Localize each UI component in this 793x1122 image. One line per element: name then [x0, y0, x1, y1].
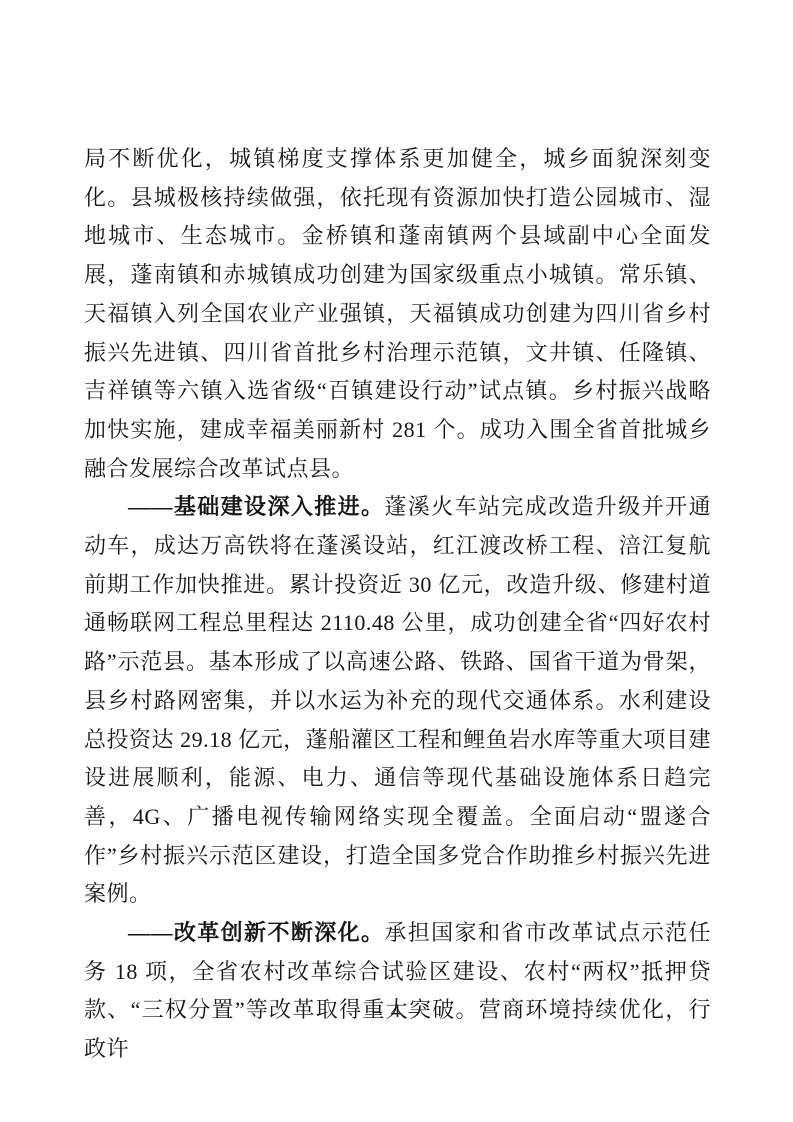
document-body: 局不断优化，城镇梯度支撑体系更加健全，城乡面貌深刻变化。县城极核持续做强，依托现…: [84, 140, 711, 1069]
body-paragraph-infrastructure: ——基础建设深入推进。蓬溪火车站完成改造升级并开通动车，成达万高铁将在蓬溪设站，…: [84, 488, 711, 914]
document-page: 局不断优化，城镇梯度支撑体系更加健全，城乡面貌深刻变化。县城极核持续做强，依托现…: [0, 0, 793, 1122]
body-paragraph-continuation: 局不断优化，城镇梯度支撑体系更加健全，城乡面貌深刻变化。县城极核持续做强，依托现…: [84, 140, 711, 488]
paragraph-text: 蓬溪火车站完成改造升级并开通动车，成达万高铁将在蓬溪设站，红江渡改桥工程、涪江复…: [84, 494, 711, 906]
paragraph-lead-heading: ——改革创新不断深化。: [128, 920, 384, 945]
body-paragraph-reform: ——改革创新不断深化。承担国家和省市改革试点示范任务 18 项，全省农村改革综合…: [84, 914, 711, 1069]
page-number: – 4 –: [0, 1001, 793, 1023]
paragraph-text: 局不断优化，城镇梯度支撑体系更加健全，城乡面貌深刻变化。县城极核持续做强，依托现…: [84, 146, 711, 481]
paragraph-lead-heading: ——基础建设深入推进。: [128, 494, 384, 519]
